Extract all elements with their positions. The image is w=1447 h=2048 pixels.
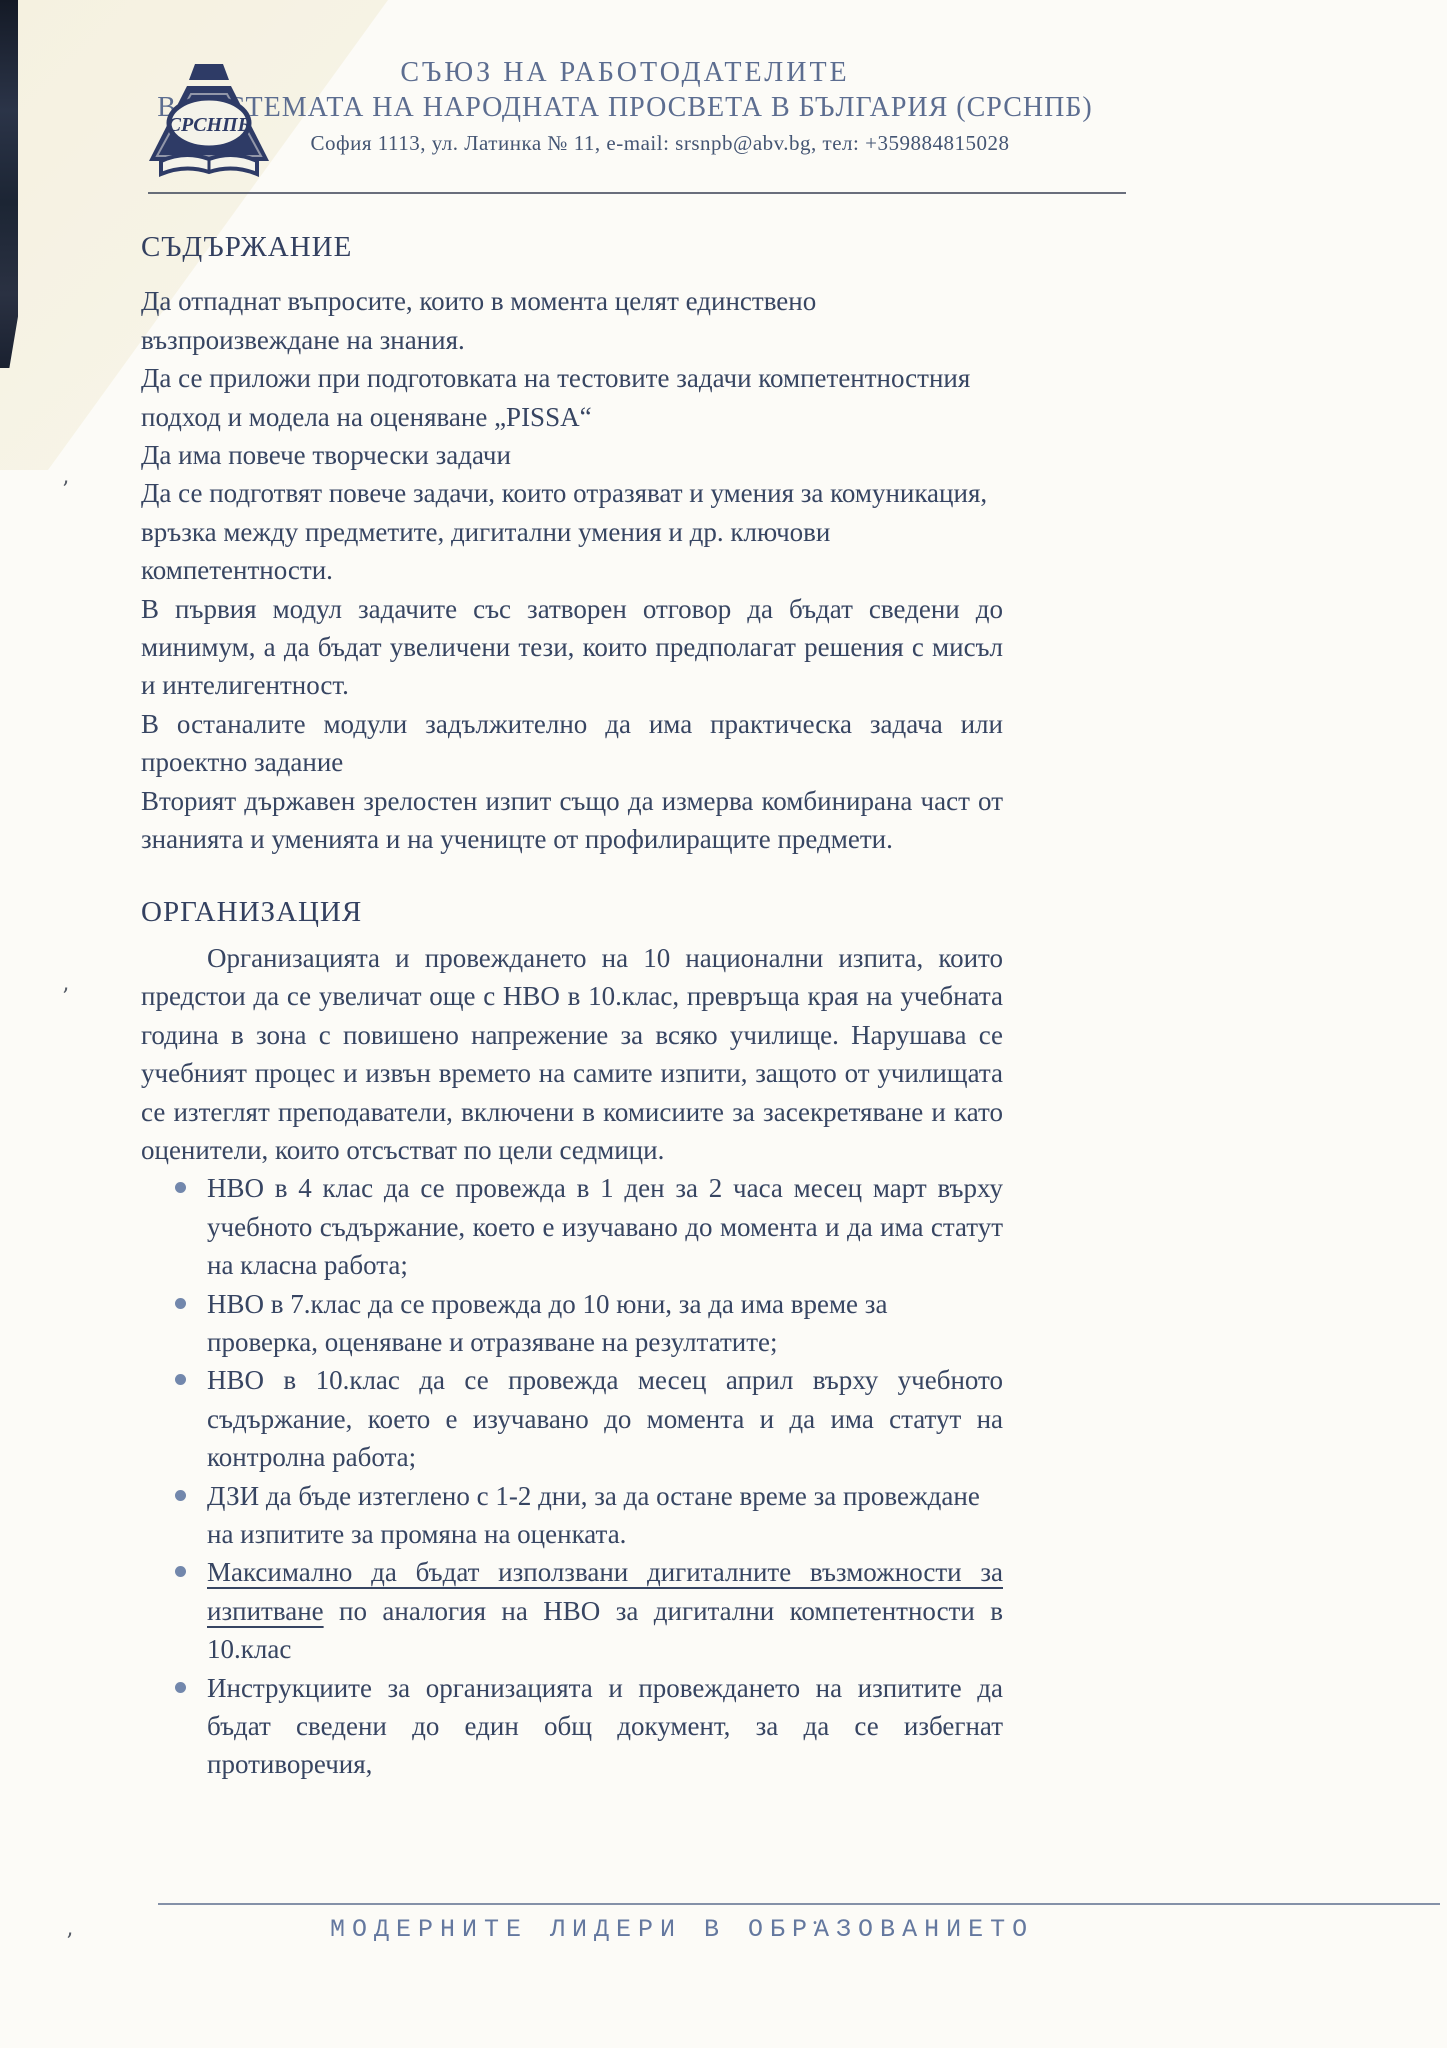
list-item-text: НВО в 7.клас да се провежда до 10 юни, з… bbox=[207, 1289, 887, 1357]
list-item-text: НВО в 10.клас да се провежда месец април… bbox=[207, 1365, 1003, 1472]
letter-body: СЪДЪРЖАНИЕ Да отпаднат въпросите, които … bbox=[141, 228, 1003, 1784]
section-title-contents: СЪДЪРЖАНИЕ bbox=[141, 228, 1003, 266]
org-contact-line: София 1113, ул. Латинка № 11, e-mail: sr… bbox=[200, 131, 1120, 156]
scan-ink-mark: ’ bbox=[62, 985, 69, 1010]
list-item: НВО в 10.клас да се провежда месец април… bbox=[141, 1361, 1003, 1476]
list-item-text: НВО в 4 клас да се провежда в 1 ден за 2… bbox=[207, 1173, 1003, 1280]
paragraph: Да се подготвят повече задачи, които отр… bbox=[141, 474, 1003, 589]
list-item-text: по аналогия на НВО за дигитални компетен… bbox=[207, 1596, 1003, 1664]
list-item: НВО в 7.клас да се провежда до 10 юни, з… bbox=[141, 1285, 1003, 1362]
footer-dot-artifact: . bbox=[812, 1904, 818, 1931]
letterhead-divider bbox=[148, 192, 1126, 194]
org-logo-pyramid-book-icon: СРСНПБ bbox=[103, 60, 315, 186]
bullet-icon bbox=[175, 1182, 186, 1193]
footer-divider bbox=[158, 1903, 1440, 1905]
bullet-icon bbox=[175, 1374, 186, 1385]
paragraph: В първия модул задачите със затворен отг… bbox=[141, 590, 1003, 705]
bullet-icon bbox=[175, 1298, 186, 1309]
paragraph: Организацията и провеждането на 10 нацио… bbox=[141, 939, 1003, 1169]
list-item: Инструкциите за организацията и провежда… bbox=[141, 1669, 1003, 1784]
paragraph: Да се приложи при подготовката на тестов… bbox=[141, 359, 1003, 436]
logo-acronym-text: СРСНПБ bbox=[168, 114, 251, 136]
list-item-text: ДЗИ да бъде изтеглено с 1-2 дни, за да о… bbox=[207, 1481, 980, 1549]
footer-motto: МОДЕРНИТЕ ЛИДЕРИ В ОБРАЗОВАНИЕТО bbox=[330, 1915, 1034, 1944]
paragraph: Да отпаднат въпросите, които в момента ц… bbox=[141, 282, 1003, 359]
list-item: НВО в 4 клас да се провежда в 1 ден за 2… bbox=[141, 1169, 1003, 1284]
bullet-icon bbox=[175, 1566, 186, 1577]
section-title-organization: ОРГАНИЗАЦИЯ bbox=[141, 893, 1003, 931]
scan-edge-artifact bbox=[0, 0, 18, 368]
bullet-icon bbox=[175, 1490, 186, 1501]
scan-ink-mark: ’ bbox=[62, 478, 69, 503]
list-item: ДЗИ да бъде изтеглено с 1-2 дни, за да о… bbox=[141, 1477, 1003, 1554]
paragraph: В останалите модули задължително да има … bbox=[141, 705, 1003, 782]
list-item: Максимално да бъдат използвани дигитални… bbox=[141, 1553, 1003, 1668]
paragraph: Да има повече творчески задачи bbox=[141, 436, 1003, 474]
list-item-text: Инструкциите за организацията и провежда… bbox=[207, 1673, 1003, 1780]
proposal-list: НВО в 4 клас да се провежда в 1 ден за 2… bbox=[141, 1169, 1003, 1784]
paragraph: Вторият държавен зрелостен изпит също да… bbox=[141, 782, 1003, 859]
scan-ink-mark: ’ bbox=[66, 1930, 73, 1955]
bullet-icon bbox=[175, 1682, 186, 1693]
